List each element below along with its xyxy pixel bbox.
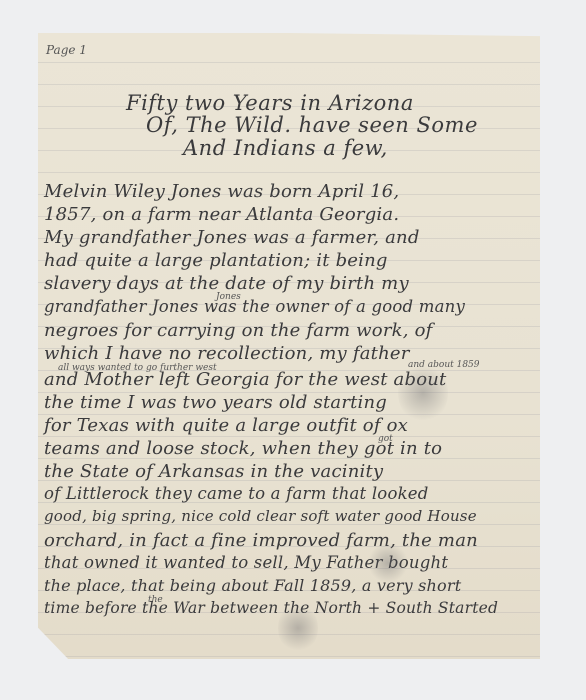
body-line-4: had quite a large plantation; it being <box>44 250 388 271</box>
body-line-14: of Littlerock they came to a farm that l… <box>44 484 429 503</box>
body-line-16: orchard, in fact a fine improved farm, t… <box>44 530 478 551</box>
page-number-label: Page 1 <box>46 43 87 57</box>
ink-smudge <box>278 603 318 653</box>
body-line-10: the time I was two years old starting <box>44 392 387 413</box>
body-line-8: which I have no recollection, my father <box>44 343 410 364</box>
body-line-13: the State of Arkansas in the vacinity <box>44 461 383 482</box>
body-line-1: Melvin Wiley Jones was born April 16, <box>44 181 399 202</box>
body-line-2: 1857, on a farm near Atlanta Georgia. <box>44 204 399 225</box>
title-line-3: And Indians a few, <box>183 136 388 160</box>
body-line-12: teams and loose stock, when they got in … <box>44 438 442 459</box>
title-line-1: Fifty two Years in Arizona <box>126 91 414 115</box>
body-line-6: grandfather Jones was the owner of a goo… <box>44 297 465 316</box>
ink-smudge <box>368 543 408 583</box>
body-line-5: slavery days at the date of my birth my <box>44 273 409 294</box>
ink-smudge <box>398 363 448 423</box>
body-line-3: My grandfather Jones was a farmer, and <box>44 227 420 248</box>
body-line-15: good, big spring, nice cold clear soft w… <box>44 507 477 525</box>
body-line-19: time before the War between the North + … <box>44 599 498 617</box>
manuscript-page: Page 1 Fifty two Years in Arizona Of, Th… <box>38 33 540 659</box>
body-line-11: for Texas with quite a large outfit of o… <box>44 415 408 436</box>
title-line-2: Of, The Wild. have seen Some <box>146 113 478 137</box>
body-line-9: and Mother left Georgia for the west abo… <box>44 369 446 390</box>
body-line-7: negroes for carrying on the farm work, o… <box>44 320 432 341</box>
